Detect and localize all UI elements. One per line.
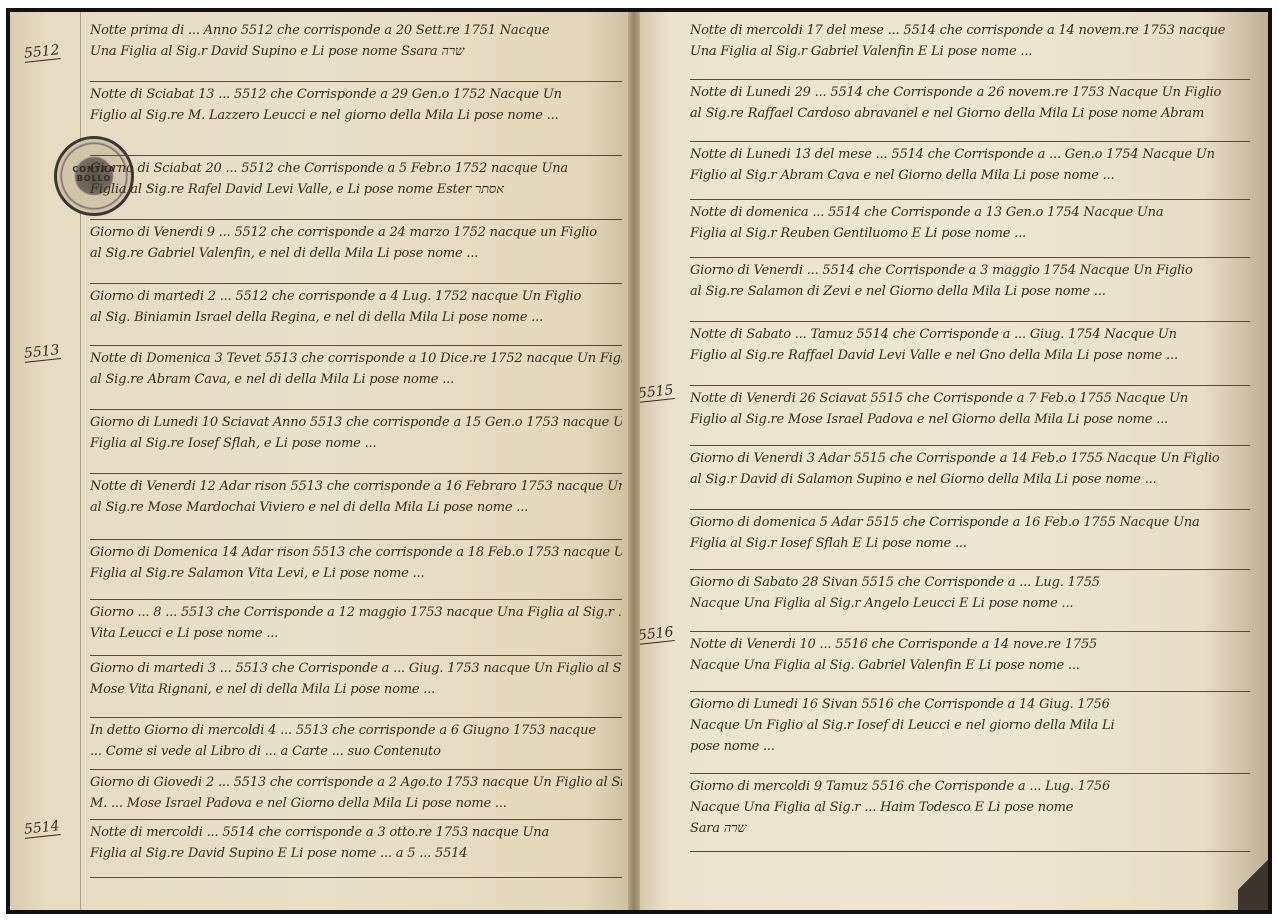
entry-text-line: Mose Vita Rignani, e nel di della Mila L… [90,679,622,700]
register-entry: Giorno di domenica 5 Adar 5515 che Corri… [690,512,1250,570]
entry-text-line: al Sig.re Gabriel Valenfin, e nel di del… [90,243,622,264]
register-entry: Notte di mercoldi ... 5514 che corrispon… [90,822,622,878]
entry-text-line: Giorno ... 8 ... 5513 che Corrisponde a … [90,602,622,623]
entry-text-line: Giorno di domenica 5 Adar 5515 che Corri… [690,512,1250,533]
entry-text-line: Giorno di Lunedi 10 Sciavat Anno 5513 ch… [90,412,622,433]
entry-text-line: ... Come si vede al Libro di ... a Carte… [90,741,622,762]
right-page: Notte di mercoldi 17 del mese ... 5514 c… [632,12,1268,910]
register-entry: Giorno di Lunedi 10 Sciavat Anno 5513 ch… [90,412,622,474]
register-entry: Notte di Venerdi 12 Adar rison 5513 che … [90,476,622,540]
entry-text-line: Giorno di martedi 2 ... 5512 che corrisp… [90,286,622,307]
entry-text-line: al Sig.r David di Salamon Supino e nel G… [690,469,1250,490]
register-entry: Giorno di martedi 2 ... 5512 che corrisp… [90,286,622,346]
entry-text-line: Nacque Una Figlia al Sig. Gabriel Valenf… [690,655,1250,676]
entry-text-line: al Sig.re Salamon di Zevi e nel Giorno d… [690,281,1250,302]
open-register-book: CONTRA BOLLO Notte prima di ... Anno 551… [10,12,1268,910]
entry-text-line: Una Figlia al Sig.r Gabriel Valenfin E L… [690,41,1250,62]
entry-text-line: Notte di Venerdi 26 Sciavat 5515 che Cor… [690,388,1250,409]
entry-text-line: Giorno di martedi 3 ... 5513 che Corrisp… [90,658,622,679]
entry-text-line: Figlia al Sig.re Salamon Vita Levi, e Li… [90,563,622,584]
register-entry: Giorno di martedi 3 ... 5513 che Corrisp… [90,658,622,718]
register-entry: Giorno di Giovedi 2 ... 5513 che corrisp… [90,772,622,820]
register-entry: Notte di mercoldi 17 del mese ... 5514 c… [690,20,1250,80]
hebrew-year-marker: 5513 [23,342,60,363]
entry-text-line: Giorno di Sabato 28 Sivan 5515 che Corri… [690,572,1250,593]
entry-text-line: Sara שרה [690,818,1250,839]
entry-text-line: Figlio al Sig.r Abram Cava e nel Giorno … [690,165,1250,186]
register-entry: Giorno di Sabato 28 Sivan 5515 che Corri… [690,572,1250,632]
register-entry: Giorno ... 8 ... 5513 che Corrisponde a … [90,602,622,656]
entry-text-line: Notte di Domenica 3 Tevet 5513 che corri… [90,348,622,369]
entry-text-line: Giorno di mercoldi 9 Tamuz 5516 che Corr… [690,776,1250,797]
entry-text-line: Figlio al Sig.re Mose Israel Padova e ne… [690,409,1250,430]
entry-text-line: Notte di domenica ... 5514 che Corrispon… [690,202,1250,223]
entry-text-line: Notte prima di ... Anno 5512 che corrisp… [90,20,622,41]
entry-text-line: Figlia al Sig.re Iosef Sflah, e Li pose … [90,433,622,454]
hebrew-year-marker: 5516 [637,624,674,645]
entry-text-line: al Sig.re Mose Mardochai Viviero e nel d… [90,497,622,518]
entry-text-line: Giorno di Venerdi 9 ... 5512 che corrisp… [90,222,622,243]
entry-text-line: Notte di Sciabat 13 ... 5512 che Corrisp… [90,84,622,105]
entry-text-line: al Sig.re Raffael Cardoso abravanel e ne… [690,103,1250,124]
register-entry: Giorno di Sciabat 20 ... 5512 che Corris… [90,158,622,220]
entry-text-line: al Sig. Biniamin Israel della Regina, e … [90,307,622,328]
register-entry: Notte di Lunedi 29 ... 5514 che Corrispo… [690,82,1250,142]
hebrew-year-marker: 5514 [23,818,60,839]
hebrew-year-marker: 5515 [637,382,674,403]
entry-text-line: Giorno di Venerdi 3 Adar 5515 che Corris… [690,448,1250,469]
register-entry: Notte di Venerdi 10 ... 5516 che Corrisp… [690,634,1250,692]
register-entry: Giorno di Domenica 14 Adar rison 5513 ch… [90,542,622,600]
register-entry: Giorno di Lunedi 16 Sivan 5516 che Corri… [690,694,1250,774]
register-entry: Giorno di Venerdi ... 5514 che Corrispon… [690,260,1250,322]
entry-text-line: Giorno di Venerdi ... 5514 che Corrispon… [690,260,1250,281]
entry-text-line: Nacque Una Figlia al Sig.r Angelo Leucci… [690,593,1250,614]
entry-text-line: al Sig.re Abram Cava, e nel di della Mil… [90,369,622,390]
entry-text-line: Figlio al Sig.re Raffael David Levi Vall… [690,345,1250,366]
entry-text-line: Notte di Venerdi 12 Adar rison 5513 che … [90,476,622,497]
book-gutter [628,12,640,910]
register-entry: Giorno di Venerdi 9 ... 5512 che corrisp… [90,222,622,284]
entry-text-line: Giorno di Sciabat 20 ... 5512 che Corris… [90,158,622,179]
entry-text-line: Figlia al Sig.re David Supino E Li pose … [90,843,622,864]
entry-text-line: Vita Leucci e Li pose nome ... [90,623,622,644]
register-entry: In detto Giorno di mercoldi 4 ... 5513 c… [90,720,622,770]
entry-text-line: Nacque Un Figlio al Sig.r Iosef di Leucc… [690,715,1250,736]
entry-text-line: Notte di Lunedi 13 del mese ... 5514 che… [690,144,1250,165]
entry-text-line: Una Figlia al Sig.r David Supino e Li po… [90,41,622,62]
entry-text-line: Nacque Una Figlia al Sig.r ... Haim Tode… [690,797,1250,818]
register-entry: Notte di Lunedi 13 del mese ... 5514 che… [690,144,1250,200]
register-entry: Notte di domenica ... 5514 che Corrispon… [690,202,1250,258]
entry-text-line: Figlia al Sig.r Iosef Sflah E Li pose no… [690,533,1250,554]
register-entry: Notte prima di ... Anno 5512 che corrisp… [90,20,622,82]
register-entry: Notte di Sciabat 13 ... 5512 che Corrisp… [90,84,622,156]
entry-text-line: Notte di mercoldi 17 del mese ... 5514 c… [690,20,1250,41]
left-page: CONTRA BOLLO Notte prima di ... Anno 551… [10,12,632,910]
entry-text-line: Notte di Sabato ... Tamuz 5514 che Corri… [690,324,1250,345]
entry-text-line: pose nome ... [690,736,1250,757]
entry-text-line: Giorno di Domenica 14 Adar rison 5513 ch… [90,542,622,563]
register-entry: Notte di Venerdi 26 Sciavat 5515 che Cor… [690,388,1250,446]
entry-text-line: Giorno di Giovedi 2 ... 5513 che corrisp… [90,772,622,793]
entry-text-line: Figlio al Sig.re M. Lazzero Leucci e nel… [90,105,622,126]
entry-text-line: In detto Giorno di mercoldi 4 ... 5513 c… [90,720,622,741]
entry-text-line: M. ... Mose Israel Padova e nel Giorno d… [90,793,622,814]
register-entry: Giorno di mercoldi 9 Tamuz 5516 che Corr… [690,776,1250,852]
register-entry: Notte di Sabato ... Tamuz 5514 che Corri… [690,324,1250,386]
hebrew-year-marker: 5512 [23,42,60,63]
entry-text-line: Giorno di Lunedi 16 Sivan 5516 che Corri… [690,694,1250,715]
entry-text-line: Figlia al Sig.re Rafel David Levi Valle,… [90,179,622,200]
register-entry: Notte di Domenica 3 Tevet 5513 che corri… [90,348,622,410]
entry-text-line: Notte di Venerdi 10 ... 5516 che Corrisp… [690,634,1250,655]
entry-text-line: Notte di mercoldi ... 5514 che corrispon… [90,822,622,843]
entry-text-line: Figlia al Sig.r Reuben Gentiluomo E Li p… [690,223,1250,244]
entry-text-line: Notte di Lunedi 29 ... 5514 che Corrispo… [690,82,1250,103]
register-entry: Giorno di Venerdi 3 Adar 5515 che Corris… [690,448,1250,510]
